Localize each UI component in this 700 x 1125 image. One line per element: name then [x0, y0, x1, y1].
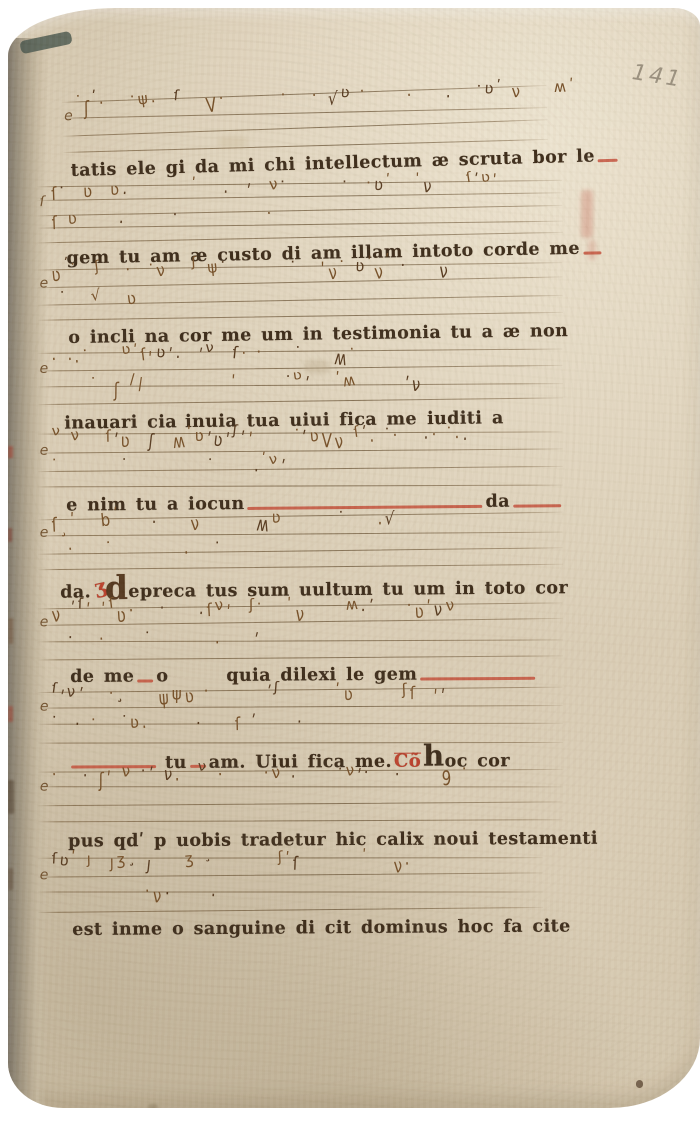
- neume-glyph: ʹ: [441, 686, 449, 710]
- neume-glyph: ν: [268, 450, 281, 468]
- neume-glyph: [153, 176, 161, 194]
- neume-glyph: [136, 596, 145, 615]
- neume-glyph: ·: [83, 765, 91, 787]
- neume-glyph: [538, 79, 546, 99]
- neume-glyph: [75, 177, 83, 195]
- neume-glyph: [381, 371, 389, 392]
- neume-glyph: ψ: [171, 683, 184, 704]
- neume-glyph: ʒ: [184, 849, 197, 869]
- neume-glyph: [258, 89, 266, 111]
- neume-glyph: ν: [121, 762, 132, 781]
- neume-glyph: [208, 368, 216, 385]
- neume-glyph: ν: [205, 339, 217, 356]
- neume-glyph: ʹ: [91, 88, 98, 105]
- neume-row: ʋʹ· ʃ · ·ν ʃ ψ· · ʹν· ʋʹνʹ · ν: [51, 256, 451, 280]
- neume-glyph: [90, 341, 98, 358]
- neume-glyph: [326, 339, 335, 357]
- neume-glyph: ·: [215, 534, 223, 552]
- neume-row: · · · · ʹ: [52, 628, 262, 647]
- neume-glyph: ν: [444, 595, 458, 616]
- neume-glyph: ʋ: [82, 181, 95, 202]
- neume-glyph: [249, 506, 257, 525]
- staff: eν ν ſʹʋ ʃ ʍʹʋʹʋʹʃʹʹ ·ʹʋVν ſʹ· ·· ·· ···…: [38, 431, 563, 492]
- neume-row: · · · ·ʋ· · ſ ʹ ·: [52, 712, 305, 731]
- neume-glyph: √: [327, 87, 340, 110]
- neume-glyph: [212, 203, 220, 220]
- neume-glyph: [320, 368, 329, 386]
- neume-glyph: [80, 206, 88, 224]
- binding-edge-sliver: [19, 31, 73, 55]
- staff-line: [38, 819, 563, 823]
- neume-glyph: ψ: [158, 686, 173, 710]
- neume-glyph: ʹ: [336, 680, 343, 699]
- neume-glyph: ·: [366, 173, 374, 192]
- neume-glyph: ʃ: [114, 378, 122, 402]
- clef-letter: e: [40, 614, 49, 630]
- neume-glyph: [281, 681, 289, 700]
- neume-glyph: [177, 377, 185, 401]
- red-filler-line: [583, 251, 601, 254]
- neume-glyph: [129, 537, 137, 557]
- clef-letter: e: [40, 524, 49, 540]
- staff: e·ʃʹ· ·ψ· ſ V· · · √ʋ · · · ·ʋʹ ν ʍʹ: [62, 88, 548, 158]
- neume-glyph: ν: [51, 422, 63, 439]
- staff-system: eſʋʹ ȷ ȷʒ¸ ȷ ʒ ¸ ʃʹſ ʹ ν· ·ν· ·est inme …: [8, 856, 700, 957]
- neume-glyph: ʹ: [253, 629, 263, 653]
- neume-glyph: ʋ: [308, 425, 322, 446]
- neume-glyph: ·: [51, 708, 61, 726]
- neume-glyph: ν: [422, 175, 435, 198]
- neume-glyph: [282, 260, 291, 283]
- neume-glyph: [355, 677, 363, 694]
- neume-glyph: ʋ: [414, 600, 427, 624]
- neume-glyph: ʋ: [272, 507, 284, 527]
- neume-glyph: [416, 253, 425, 272]
- neume-glyph: ʍ: [345, 594, 362, 614]
- neume-glyph: ʹ: [226, 602, 234, 626]
- neume-glyph: ʹ: [496, 77, 504, 94]
- red-filler-line: [598, 158, 618, 162]
- staff: ſſ· ʋ ʋ· ʹ · ʹ ν· · ·ʋʹ ʹν ſʹʋʹſ ʋ · · ·: [37, 179, 563, 245]
- clef-letter: e: [40, 442, 49, 458]
- neume-glyph: ʋ: [125, 287, 140, 309]
- neume-glyph: [403, 762, 411, 782]
- staff-line: [38, 742, 563, 744]
- neume-glyph: ʋ: [339, 83, 353, 103]
- lyric-text: est inme o sanguine di cit dominus hoc f…: [72, 917, 571, 940]
- neume-glyph: [272, 340, 281, 359]
- neume-row: ſʹνʹ ·¸ ψψʋ · ʹʃ ʹʋ ʃſ ʹʹ: [52, 683, 449, 703]
- staff-line: [38, 872, 543, 878]
- stain-mark: [148, 1104, 158, 1108]
- clef-letter: e: [40, 778, 49, 794]
- neume-glyph: ψ: [206, 257, 221, 278]
- neume-row: · · · ·ʹνʹ: [52, 456, 288, 476]
- neume-glyph: [91, 879, 99, 898]
- neume-glyph: b: [100, 509, 115, 531]
- neume-glyph: ʋ: [183, 684, 197, 707]
- neume-row: ·ʃʹ· ·ψ· ſ V· · · √ʋ · · · ·ʋʹ ν ʍʹ: [76, 80, 577, 112]
- neume-glyph: ʍ: [554, 77, 570, 96]
- neume-glyph: ·: [462, 427, 472, 451]
- neume-glyph: ʹ: [386, 251, 393, 268]
- neume-glyph: ν: [434, 598, 446, 621]
- staff-line: [38, 907, 543, 914]
- neume-glyph: ʃ: [277, 848, 286, 866]
- neume-glyph: ʹ: [279, 456, 288, 479]
- neume-glyph: [369, 503, 377, 520]
- neume-glyph: [138, 183, 146, 207]
- neume-row: ·ν· ·: [52, 881, 219, 900]
- neume-glyph: [126, 209, 135, 230]
- clef-letter: ſ: [39, 194, 44, 210]
- neume-glyph: [83, 878, 91, 897]
- neume-glyph: ν: [439, 259, 451, 283]
- neume-glyph: ·: [210, 883, 220, 907]
- neume-glyph: 9: [441, 766, 454, 791]
- staff: e· ··· ʋʹſʹʋʹ· ʹν ſ· · · ʍ· · ʃ // ʹ ·ʋʹ…: [37, 347, 563, 409]
- staff-line: [38, 802, 563, 807]
- neume-glyph: [60, 459, 68, 481]
- neume-glyph: [155, 758, 163, 775]
- neume-glyph: ʋ: [121, 430, 133, 453]
- neume-row: · ··· ʋʹſʹʋʹ· ʹν ſ· · · ʍ·: [51, 343, 357, 365]
- parchment-page: 141 e·ʃʹ· ·ψ· ſ V· · · √ʋ · · · ·ʋʹ ν ʍʹ…: [8, 8, 700, 1108]
- staff-line: [38, 532, 563, 537]
- neume-glyph: [383, 592, 392, 609]
- staff: eν ʹſʹ ʹſʋ· · ·ſνʹ ʃ· ʹν ʍ·ʹ ·ʋʹνν · · ·…: [38, 604, 563, 664]
- neume-row: ſ¸ʹ bʹ · ν ʍʋ · ·√: [52, 508, 398, 529]
- clef-letter: e: [39, 275, 48, 291]
- neume-glyph: ·: [91, 710, 99, 729]
- neume-glyph: V: [321, 429, 334, 452]
- neume-row: ν ʹſʹ ʹſʋ· · ·ſνʹ ʃ· ʹν ʍ·ʹ ·ʋʹνν: [52, 597, 457, 618]
- neume-glyph: ʹ: [569, 75, 577, 93]
- neume-glyph: [288, 173, 296, 191]
- clef-letter: e: [40, 867, 49, 883]
- neume-glyph: [391, 597, 399, 617]
- neume-glyph: ·: [349, 339, 358, 358]
- neume-row: ν ν ſʹʋ ʃ ʍʹʋʹʋʹʃʹʹ ·ʹʋVν ſʹ· ·· ·· ···: [52, 425, 471, 447]
- red-filler-line: [513, 504, 561, 507]
- neume-glyph: [156, 423, 164, 440]
- neume-glyph: ʋ: [292, 366, 306, 384]
- staff: e· · ʃʹ ν ·ʹ ν· ν · ·ν · ·νʹ· · 9 ·: [38, 769, 563, 828]
- neume-glyph: [227, 681, 236, 701]
- neume-glyph: [75, 453, 84, 471]
- neume-glyph: ʍ: [255, 512, 273, 538]
- neume-glyph: [145, 452, 153, 469]
- neume-glyph: ʋ: [373, 174, 386, 195]
- staff: eſʋʹ ȷ ȷʒ¸ ȷ ʒ ¸ ʃʹſ ʹ ν· ·ν· ·: [38, 857, 543, 917]
- neume-row: · · · ·: [52, 538, 223, 557]
- neume-glyph: ν: [70, 425, 83, 445]
- neume-glyph: [129, 625, 138, 644]
- neume-glyph: ·: [265, 203, 275, 223]
- stain-mark: [636, 1080, 643, 1088]
- neume-glyph: ʍ: [171, 429, 188, 453]
- staff: eſʹνʹ ·¸ ψψʋ · ʹʃ ʹʋ ʃſ ʹʹ· · · ·ʋ· · ſ …: [38, 689, 563, 748]
- neume-row: ſʋʹ ȷ ȷʒ¸ ȷ ʒ ¸ ʃʹſ ʹ ν·: [52, 851, 413, 872]
- neume-glyph: ʋ: [343, 683, 355, 705]
- neume-row: · ʃ // ʹ ·ʋʹ ʹʍ ʹν: [52, 371, 424, 394]
- neume-glyph: ·: [91, 370, 99, 387]
- neume-glyph: [269, 852, 277, 874]
- neume-glyph: [130, 180, 139, 201]
- neume-glyph: ʋ: [67, 208, 80, 228]
- red-filler-line: [420, 676, 535, 680]
- neume-glyph: [233, 602, 241, 626]
- neume-glyph: ·: [462, 759, 470, 778]
- neume-glyph: [59, 543, 67, 567]
- neume-glyph: ʋ: [484, 79, 498, 99]
- neume-glyph: [308, 849, 317, 869]
- neume-glyph: ν: [153, 884, 165, 908]
- manuscript-photo: 141 e·ʃʹ· ·ψ· ſ V· · · √ʋ · · · ·ʋʹ ν ʍʹ…: [0, 0, 700, 1125]
- neume-glyph: [239, 624, 247, 642]
- staff-line: [63, 119, 548, 137]
- neume-glyph: ·: [431, 424, 439, 444]
- neume-glyph: [217, 339, 225, 356]
- neume-row: · · ʃʹ ν ·ʹ ν· ν · ·ν · ·νʹ· · 9 ·: [52, 762, 470, 782]
- neume-glyph: [375, 89, 384, 113]
- neume-glyph: ·: [404, 852, 413, 875]
- neume-glyph: ν: [295, 602, 307, 626]
- neume-glyph: [307, 503, 315, 520]
- neume-glyph: ν: [411, 373, 425, 397]
- neume-glyph: ·: [296, 711, 305, 732]
- staff: eſ¸ʹ bʹ · ν ʍʋ · ·√ · · · ·: [38, 513, 563, 574]
- staff-line: [38, 484, 563, 487]
- neume-glyph: [150, 205, 158, 223]
- staff-line: [38, 312, 563, 321]
- clef-letter: e: [40, 698, 49, 714]
- neume-glyph: [93, 681, 101, 700]
- neume-glyph: ʃ: [98, 768, 106, 792]
- lyric-text: da: [485, 492, 510, 512]
- neume-glyph: ·: [51, 451, 59, 467]
- neume-glyph: ʹ: [493, 171, 501, 191]
- staff: eʋʹ· ʃ · ·ν ʃ ψ· · ʹν· ʋʹνʹ · ν · √ ʋ: [37, 261, 563, 324]
- neume-glyph: ʋ: [355, 255, 368, 276]
- neume-glyph: ʋ: [155, 342, 168, 362]
- neume-glyph: ſ: [410, 683, 418, 704]
- neume-glyph: [215, 174, 223, 191]
- clef-letter: e: [64, 108, 73, 124]
- neume-glyph: ʋ: [194, 426, 206, 446]
- clef-letter: e: [40, 361, 49, 377]
- neume-glyph: ſ: [78, 595, 87, 613]
- lyric-line: est inme o sanguine di cit dominus hoc f…: [72, 917, 571, 940]
- neume-glyph: ʍ: [333, 346, 351, 371]
- neume-glyph: ʋ: [110, 179, 123, 199]
- neume-row: · √ ʋ: [52, 289, 139, 308]
- neume-glyph: ν: [345, 760, 357, 780]
- neume-glyph: [347, 251, 356, 268]
- neume-glyph: ν: [214, 595, 228, 615]
- neume-glyph: √: [385, 508, 398, 530]
- neume-glyph: [306, 760, 314, 778]
- neume-glyph: ¸: [60, 514, 71, 538]
